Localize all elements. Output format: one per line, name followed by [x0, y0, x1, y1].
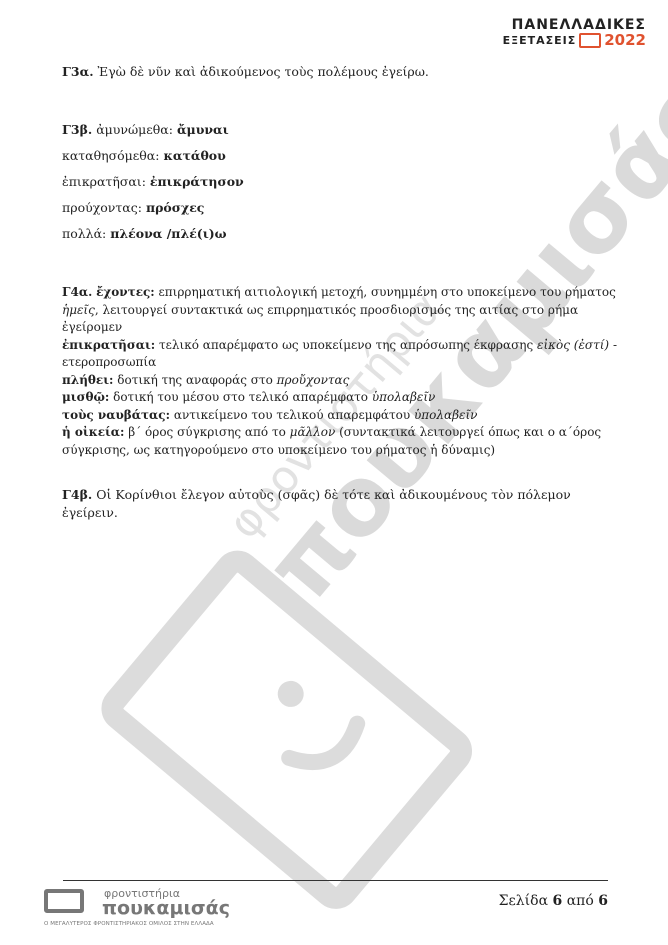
list-item: ἐπικρατῆσαι: τελικό απαρέμφατο ως υποκεί…: [62, 337, 622, 372]
section-g4a: Γ4α. ἔχοντες: επιρρηματική αιτιολογική μ…: [62, 284, 622, 459]
list-item: προύχοντας: πρόσχες: [62, 198, 622, 217]
section-g3a: Γ3α. Ἐγὼ δὲ νῦν καὶ ἀδικούμενος τοὺς πολ…: [62, 62, 622, 81]
section-label: Γ4α.: [62, 285, 92, 299]
section-label: Γ4β.: [62, 487, 92, 502]
exam-logo: ΠΑΝΕΛΛΑΔΙΚΕΣ ΕΞΕΤΑΣΕΙΣ 2022: [503, 18, 646, 48]
tablet-icon: [579, 33, 601, 48]
page-number: Σελίδα 6 από 6: [499, 893, 608, 909]
list-item: ἐπικρατῆσαι: ἐπικράτησον: [62, 172, 622, 191]
list-item: πολλά: πλέονα /πλέ(ι)ω: [62, 224, 622, 243]
list-item: Γ4α. ἔχοντες: επιρρηματική αιτιολογική μ…: [62, 284, 622, 337]
section-text: Οἱ Κορίνθιοι ἔλεγον αὐτοὺς (σφᾶς) δὲ τότ…: [62, 487, 571, 520]
list-item: πλήθει: δοτική της αναφοράς στο προὔχοντ…: [62, 372, 622, 390]
section-g3b: Γ3β. ἀμυνώμεθα: ἄμυναι: [62, 120, 622, 139]
list-item: καταθησόμεθα: κατάθου: [62, 146, 622, 165]
section-text: Ἐγὼ δὲ νῦν καὶ ἀδικούμενος τοὺς πολέμους…: [98, 64, 429, 79]
footer-divider: [63, 880, 608, 881]
tablet-smiley-icon: [44, 889, 84, 913]
list-item: τοὺς ναυβάτας: αντικείμενο του τελικού α…: [62, 407, 622, 425]
list-item: μισθῷ: δοτική του μέσου στο τελικό απαρέ…: [62, 389, 622, 407]
footer-logo-tagline: Ο ΜΕΓΑΛΥΤΕΡΟΣ ΦΡΟΝΤΙΣΤΗΡΙΑΚΟΣ ΟΜΙΛΟΣ ΣΤΗ…: [44, 921, 214, 927]
section-label: Γ3α.: [62, 64, 94, 79]
section-label: Γ3β.: [62, 122, 92, 137]
watermark-tablet-icon: [108, 557, 466, 903]
footer-logo-line2: πουκαμισάς: [102, 897, 230, 919]
exam-logo-line2: ΕΞΕΤΑΣΕΙΣ: [503, 33, 577, 48]
exam-logo-year: 2022: [604, 33, 646, 48]
list-item: ἡ οἰκεία: β΄ όρος σύγκρισης από το μᾶλλο…: [62, 424, 622, 459]
section-g4b: Γ4β. Οἱ Κορίνθιοι ἔλεγον αὐτοὺς (σφᾶς) δ…: [62, 486, 622, 522]
watermark: φροντιστήρια πουκαμισάς: [0, 0, 668, 945]
